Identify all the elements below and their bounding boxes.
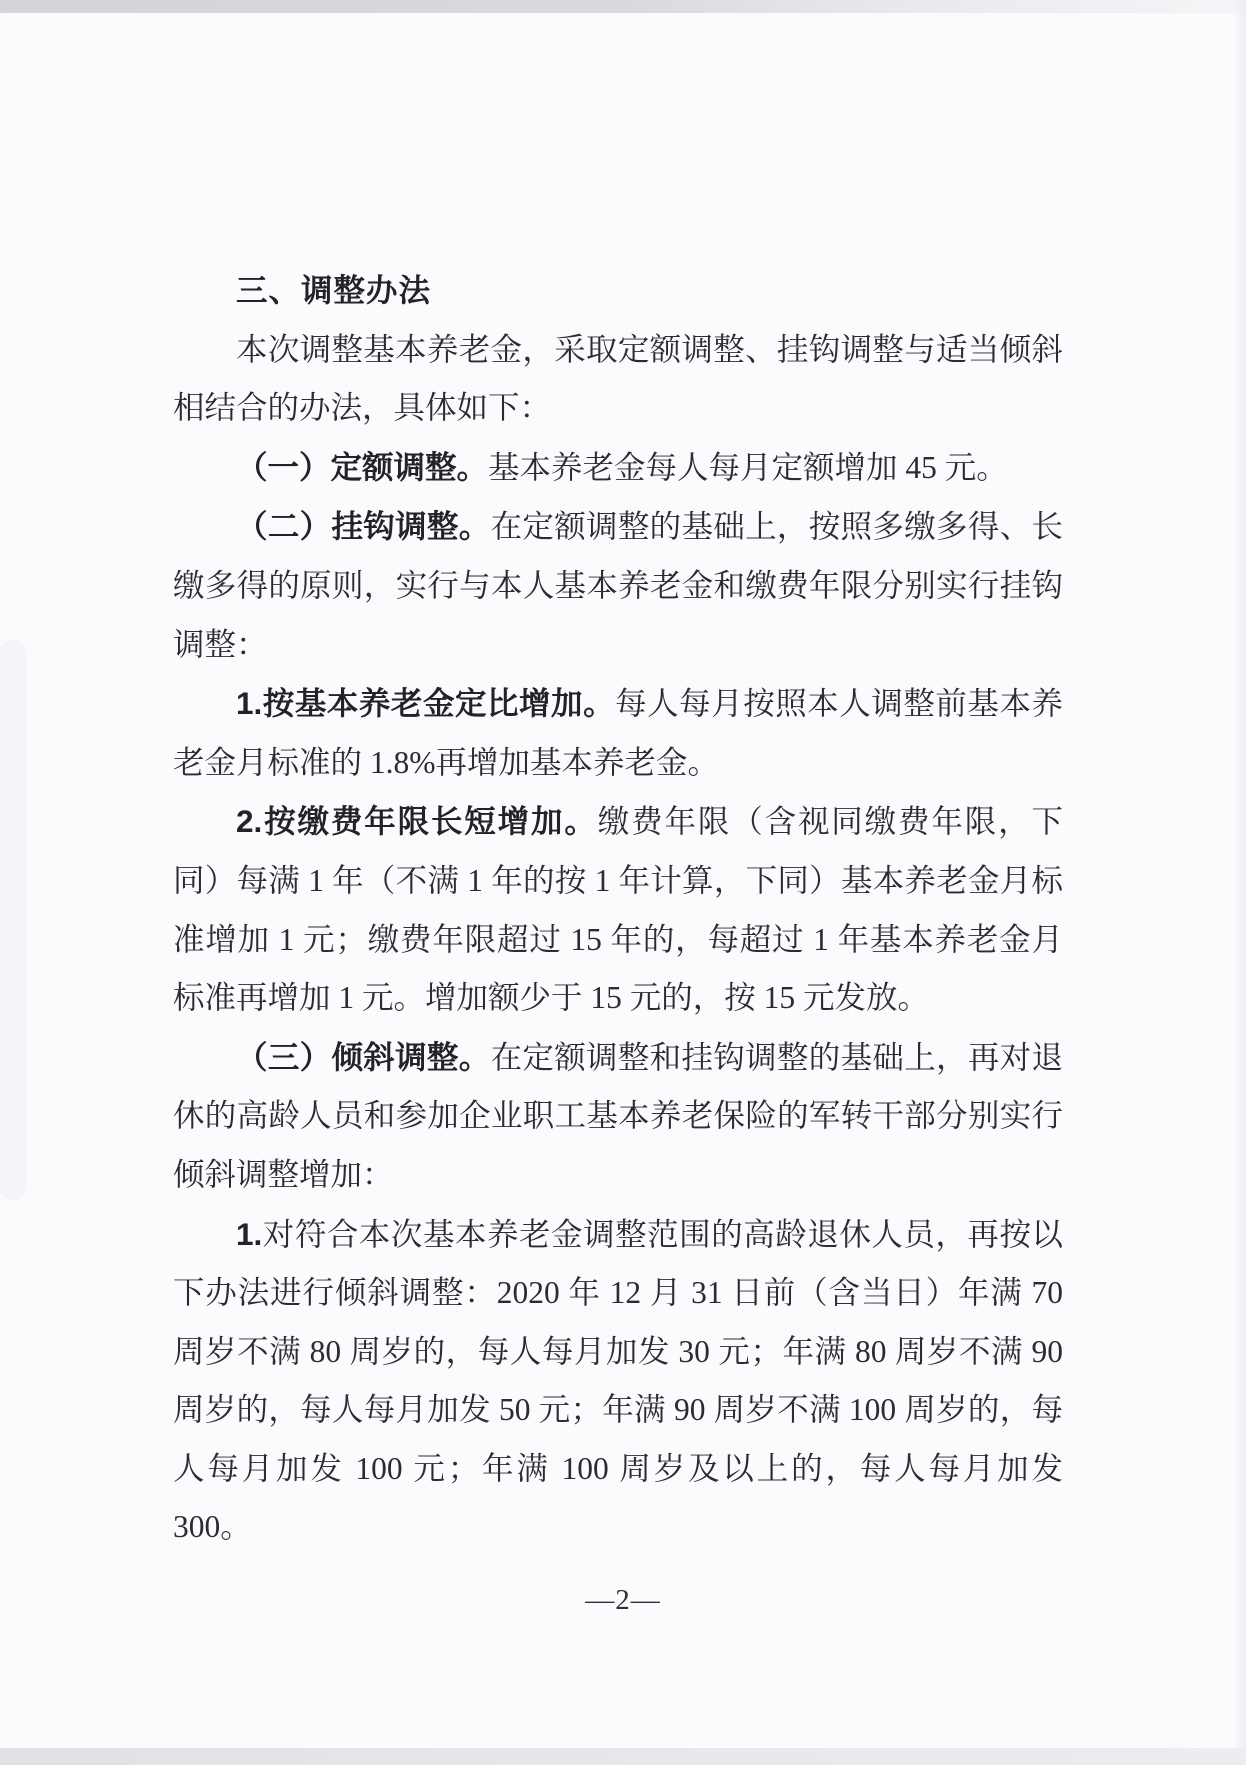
scan-artifact-top-edge	[0, 0, 1246, 13]
paragraph-lead: 2.按缴费年限长短增加。	[236, 803, 598, 839]
document-body: 三、调整办法 本次调整基本养老金，采取定额调整、挂钩调整与适当倾斜相结合的办法，…	[173, 261, 1063, 1557]
paragraph: （一）定额调整。基本养老金每人每月定额增加 45 元。	[173, 438, 1063, 498]
paragraph: 1.对符合本次基本养老金调整范围的高龄退休人员，再按以下办法进行倾斜调整：202…	[173, 1205, 1063, 1558]
paragraph-lead: （三）倾斜调整。	[236, 1039, 491, 1075]
paragraph: 1.按基本养老金定比增加。每人每月按照本人调整前基本养老金月标准的 1.8%再增…	[173, 674, 1063, 792]
scan-artifact-left-smudge	[0, 640, 26, 1200]
paragraph-text: 对符合本次基本养老金调整范围的高龄退休人员，再按以下办法进行倾斜调整：2020 …	[173, 1217, 1063, 1545]
paragraph-lead: 1.按基本养老金定比增加。	[236, 685, 615, 721]
paragraph: （二）挂钩调整。在定额调整的基础上，按照多缴多得、长缴多得的原则，实行与本人基本…	[173, 497, 1063, 674]
paragraph-lead: （一）定额调整。	[236, 449, 488, 485]
page-number: —2—	[0, 1584, 1246, 1617]
scanned-document-page: 三、调整办法 本次调整基本养老金，采取定额调整、挂钩调整与适当倾斜相结合的办法，…	[0, 0, 1246, 1765]
paragraph-text: 本次调整基本养老金，采取定额调整、挂钩调整与适当倾斜相结合的办法，具体如下：	[173, 332, 1063, 426]
paragraph: 本次调整基本养老金，采取定额调整、挂钩调整与适当倾斜相结合的办法，具体如下：	[173, 320, 1063, 438]
paragraph-lead: 1.	[236, 1216, 262, 1252]
paragraph-text: 基本养老金每人每月定额增加 45 元。	[488, 450, 1008, 485]
paragraph-lead: （二）挂钩调整。	[236, 508, 491, 544]
scan-artifact-bottom-edge	[0, 1748, 1246, 1765]
paragraph: 2.按缴费年限长短增加。缴费年限（含视同缴费年限，下同）每满 1 年（不满 1 …	[173, 792, 1063, 1027]
scan-artifact-right-edge	[1234, 0, 1246, 1765]
section-heading: 三、调整办法	[173, 261, 1063, 320]
paragraph: （三）倾斜调整。在定额调整和挂钩调整的基础上，再对退休的高龄人员和参加企业职工基…	[173, 1028, 1063, 1205]
